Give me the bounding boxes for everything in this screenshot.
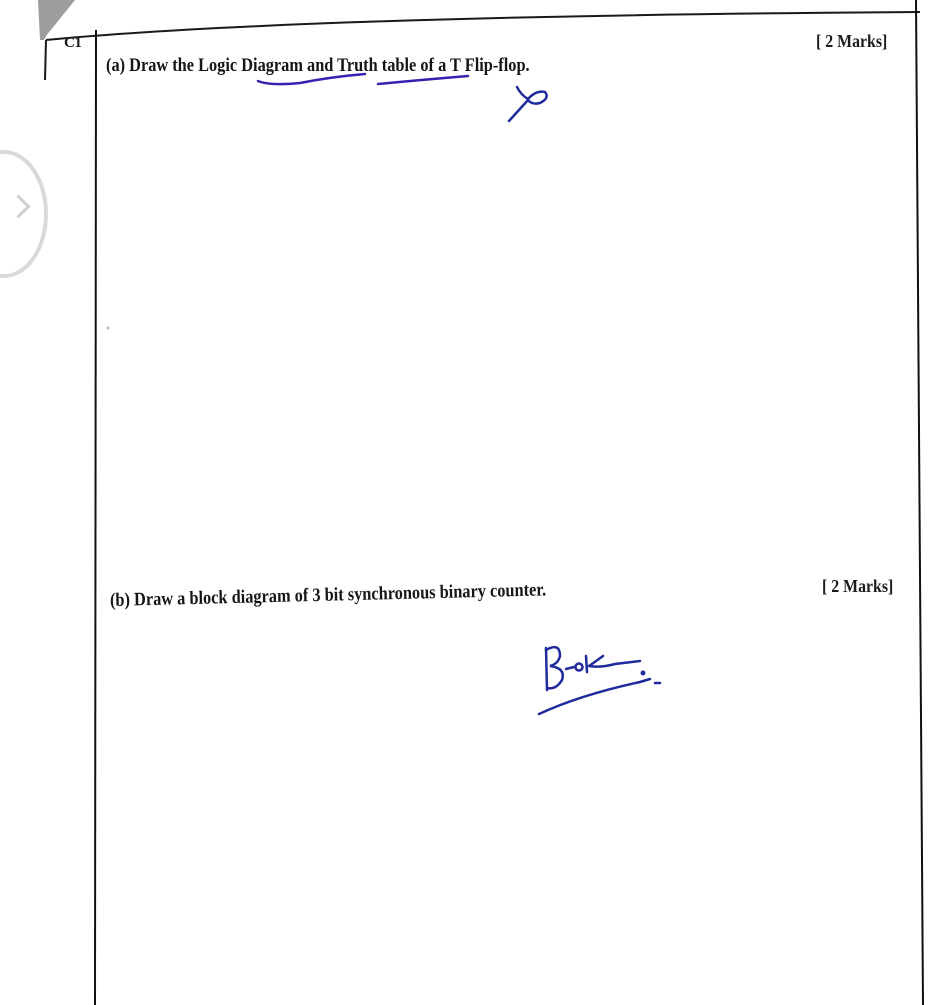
- handwritten-annotations: [0, 0, 931, 1005]
- underline-diagram: [258, 74, 365, 84]
- underline-truth-table: [378, 76, 468, 84]
- book-note-scribble: [539, 647, 660, 714]
- phi-mark-icon: [509, 87, 547, 121]
